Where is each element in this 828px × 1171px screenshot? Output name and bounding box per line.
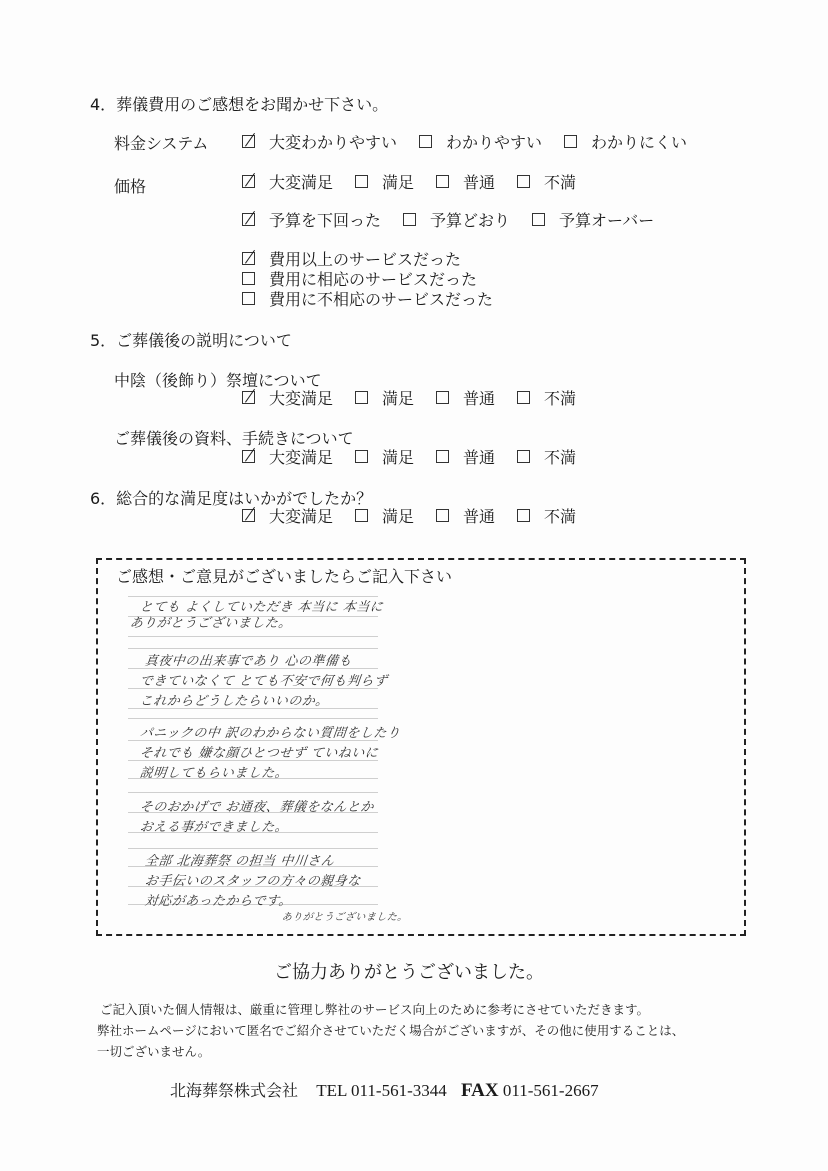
option-service-below-cost[interactable]: 費用に不相応のサービスだった <box>242 287 493 310</box>
checkbox-icon[interactable] <box>517 509 530 522</box>
option-unclear[interactable]: わかりにくい <box>564 130 687 153</box>
checkbox-icon[interactable] <box>355 175 368 188</box>
ruled-line <box>128 792 378 793</box>
service-option-3: 費用に不相応のサービスだった <box>242 287 515 310</box>
company-name: 北海葬祭株式会社 <box>170 1081 298 1100</box>
option-on-budget[interactable]: 予算どおり <box>403 208 510 231</box>
checkbox-icon[interactable] <box>242 292 255 305</box>
handwritten-line: そのおかげで お通夜、葬儀をなんとか <box>139 796 375 815</box>
option-under-budget[interactable]: 予算を下回った <box>242 208 381 231</box>
handwritten-line: 真夜中の出来事であり 心の準備も <box>144 650 353 669</box>
checkbox-checked-icon[interactable] <box>242 213 255 226</box>
fax-label: FAX <box>461 1080 499 1101</box>
ruled-line <box>128 648 378 649</box>
checkbox-icon[interactable] <box>419 135 432 148</box>
option-satisfied[interactable]: 満足 <box>355 170 414 193</box>
handwritten-line: パニックの中 訳のわからない質問をしたり <box>139 722 402 741</box>
ruled-line <box>128 718 378 719</box>
checkbox-icon[interactable] <box>403 213 416 226</box>
price-label: 価格 <box>114 174 146 197</box>
checkbox-checked-icon[interactable] <box>242 175 255 188</box>
option-normal[interactable]: 普通 <box>436 445 495 468</box>
handwritten-line: 説明してもらいました。 <box>139 762 290 781</box>
price-satisfaction-options: 大変満足 満足 普通 不満 <box>242 170 598 193</box>
option-normal[interactable]: 普通 <box>436 504 495 527</box>
checkbox-icon[interactable] <box>355 391 368 404</box>
checkbox-icon[interactable] <box>355 450 368 463</box>
checkbox-icon[interactable] <box>436 509 449 522</box>
option-very-satisfied[interactable]: 大変満足 <box>242 445 333 468</box>
question-5-title: 5．ご葬儀後の説明について <box>90 328 292 351</box>
option-dissatisfied[interactable]: 不満 <box>517 386 576 409</box>
checkbox-icon[interactable] <box>436 450 449 463</box>
handwritten-line: それでも 嫌な顔ひとつせず ていねいに <box>139 742 380 761</box>
thanks-message: ご協力ありがとうございました。 <box>274 958 544 984</box>
option-clear[interactable]: わかりやすい <box>419 130 542 153</box>
comment-box-title: ご感想・ご意見がございましたらご記入下さい <box>116 564 452 587</box>
checkbox-icon[interactable] <box>517 175 530 188</box>
checkbox-icon[interactable] <box>517 450 530 463</box>
checkbox-checked-icon[interactable] <box>242 450 255 463</box>
handwritten-signoff: ありがとうございました。 <box>281 908 409 923</box>
company-footer: 北海葬祭株式会社 TEL 011-561-3344 FAX 011-561-26… <box>170 1078 599 1102</box>
checkbox-icon[interactable] <box>436 391 449 404</box>
option-very-satisfied[interactable]: 大変満足 <box>242 386 333 409</box>
handwritten-line: これからどうしたらいいのか。 <box>139 690 330 709</box>
option-very-satisfied[interactable]: 大変満足 <box>242 170 333 193</box>
fee-system-options: 大変わかりやすい わかりやすい わかりにくい <box>242 130 709 153</box>
option-satisfied[interactable]: 満足 <box>355 504 414 527</box>
phone-number: TEL 011-561-3344 <box>316 1081 446 1100</box>
fax-number: 011-561-2667 <box>503 1081 599 1100</box>
checkbox-icon[interactable] <box>436 175 449 188</box>
option-very-clear[interactable]: 大変わかりやすい <box>242 130 397 153</box>
privacy-note-line: 一切ございません。 <box>97 1042 210 1060</box>
documents-options: 大変満足 満足 普通 不満 <box>242 445 598 468</box>
checkbox-checked-icon[interactable] <box>242 135 255 148</box>
option-over-budget[interactable]: 予算オーバー <box>532 208 654 231</box>
privacy-note-line: 弊社ホームページにおいて匿名でご紹介させていただく場合がございますが、その他に使… <box>97 1021 684 1039</box>
option-dissatisfied[interactable]: 不満 <box>517 170 576 193</box>
option-satisfied[interactable]: 満足 <box>355 386 414 409</box>
checkbox-checked-icon[interactable] <box>242 509 255 522</box>
handwritten-line: ありがとうございました。 <box>129 612 293 631</box>
option-satisfied[interactable]: 満足 <box>355 445 414 468</box>
handwritten-line: できていなくて とても不安で何も判らず <box>139 670 389 689</box>
option-very-satisfied[interactable]: 大変満足 <box>242 504 333 527</box>
checkbox-icon[interactable] <box>242 272 255 285</box>
handwritten-line: お手伝いのスタッフの方々の親身な <box>144 870 362 889</box>
option-normal[interactable]: 普通 <box>436 170 495 193</box>
option-dissatisfied[interactable]: 不満 <box>517 504 576 527</box>
handwritten-line: 全部 北海葬祭 の担当 中川さん <box>144 850 335 869</box>
checkbox-icon[interactable] <box>517 391 530 404</box>
checkbox-icon[interactable] <box>564 135 577 148</box>
checkbox-checked-icon[interactable] <box>242 391 255 404</box>
budget-options: 予算を下回った 予算どおり 予算オーバー <box>242 208 676 231</box>
privacy-note-line: ご記入頂いた個人情報は、厳重に管理し弊社のサービス向上のために参考にさせていただ… <box>100 1000 649 1018</box>
handwritten-line: 対応があったからです。 <box>144 890 293 909</box>
option-dissatisfied[interactable]: 不満 <box>517 445 576 468</box>
altar-options: 大変満足 満足 普通 不満 <box>242 386 598 409</box>
checkbox-icon[interactable] <box>355 509 368 522</box>
handwritten-line: おえる事ができました。 <box>139 816 290 835</box>
question-4-title: 4．葬儀費用のご感想をお聞かせ下さい。 <box>90 92 388 115</box>
ruled-line <box>128 636 378 637</box>
overall-satisfaction-options: 大変満足 満足 普通 不満 <box>242 504 598 527</box>
ruled-line <box>128 848 378 849</box>
fee-system-label: 料金システム <box>114 131 208 154</box>
option-normal[interactable]: 普通 <box>436 386 495 409</box>
checkbox-checked-icon[interactable] <box>242 252 255 265</box>
checkbox-icon[interactable] <box>532 213 545 226</box>
